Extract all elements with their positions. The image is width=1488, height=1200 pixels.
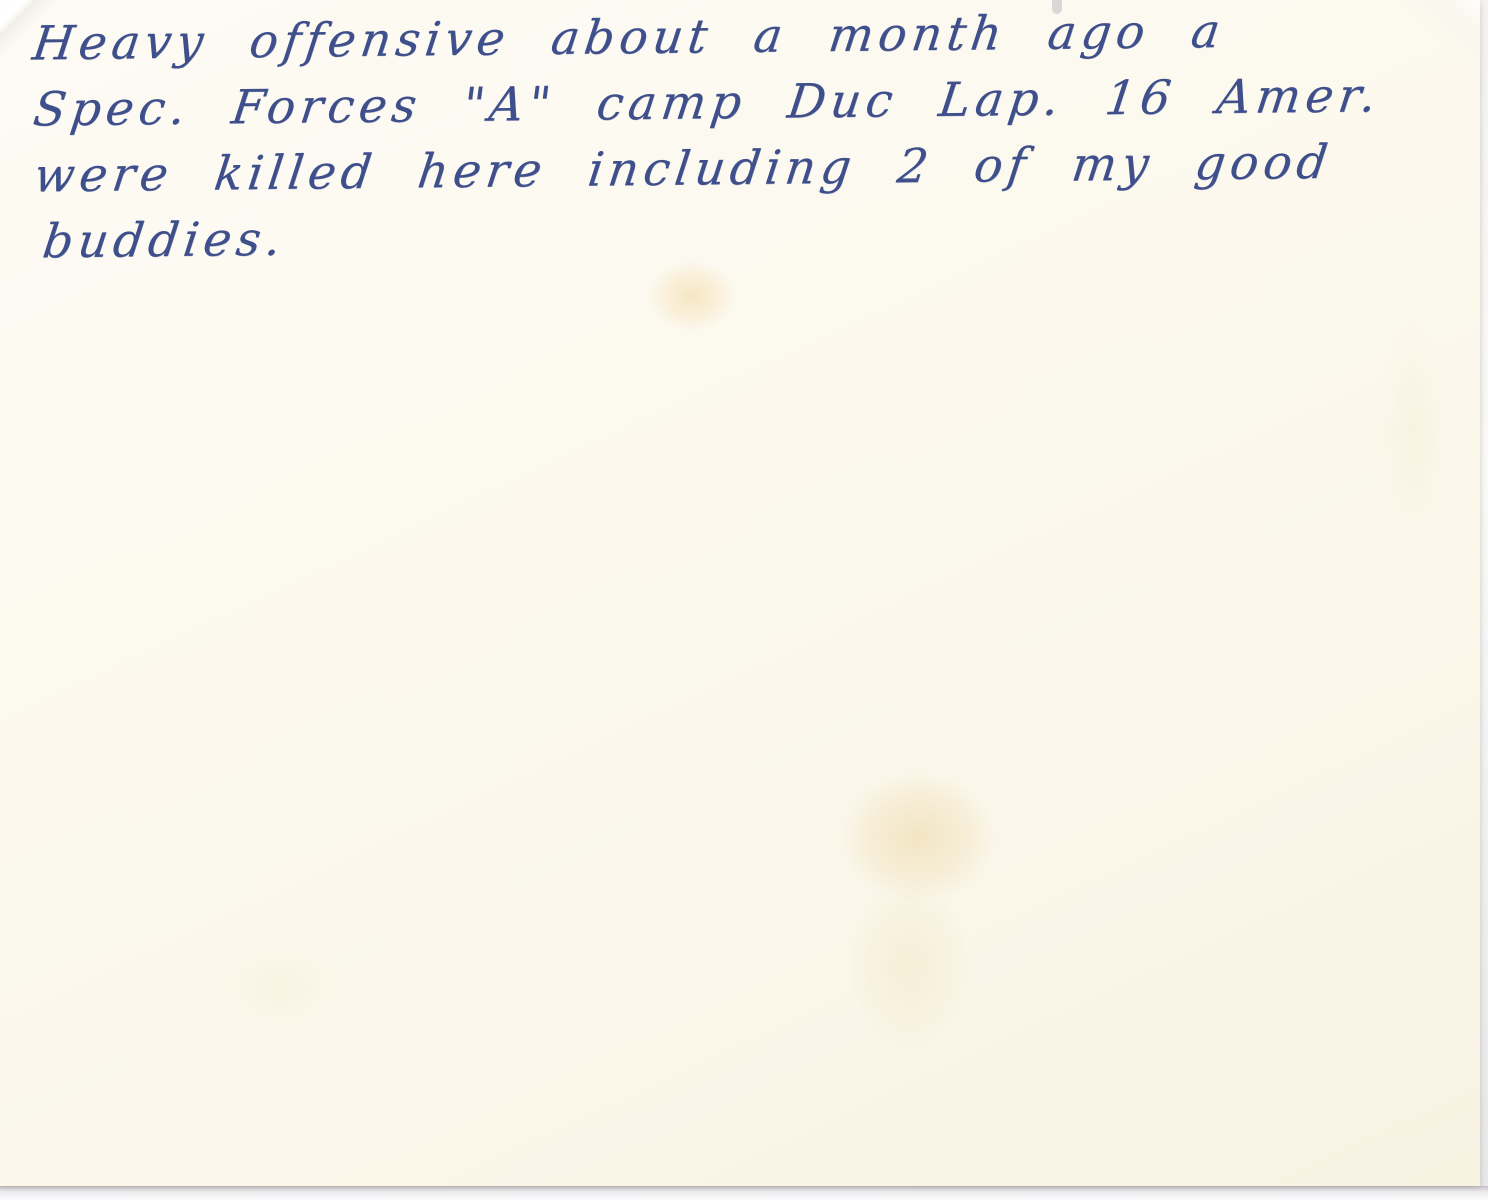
handwritten-note-text: Heavy offensive about a month ago a Spec… bbox=[33, 0, 1456, 275]
note-paper: Heavy offensive about a month ago a Spec… bbox=[0, 0, 1480, 1186]
scan-edge-bottom bbox=[0, 1186, 1488, 1200]
stain-center-smear bbox=[834, 860, 984, 1070]
stain-faint-right bbox=[1368, 290, 1458, 570]
scanned-note: Heavy offensive about a month ago a Spec… bbox=[0, 0, 1488, 1200]
stain-center bbox=[818, 752, 1018, 922]
handwritten-line-4: buddies. bbox=[31, 195, 1460, 276]
stain-faint-bottom-left bbox=[200, 930, 360, 1040]
